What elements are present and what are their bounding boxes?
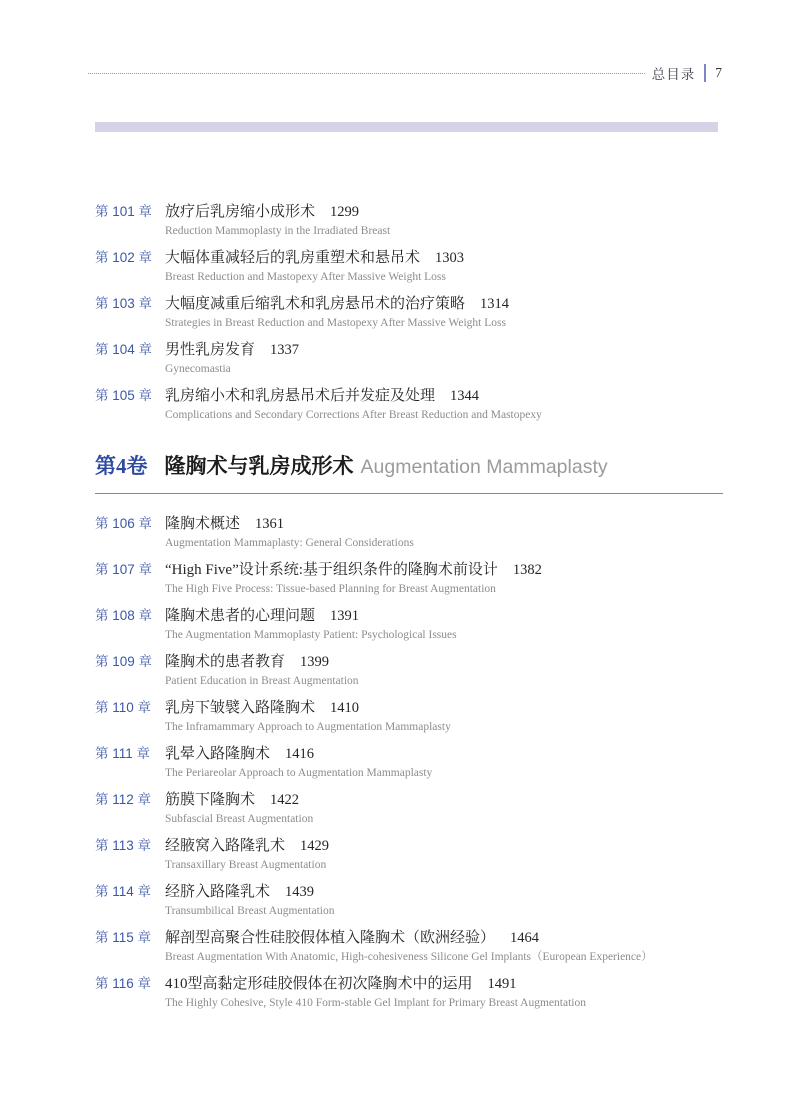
- chapter-label: 第 101 章: [95, 201, 165, 222]
- header-divider: [704, 64, 706, 82]
- toc-entry-main-row: 第 105 章 乳房缩小术和乳房悬吊术后并发症及处理 1344: [95, 385, 723, 407]
- chapter-title-en: The High Five Process: Tissue-based Plan…: [165, 581, 723, 597]
- toc-entry-main-row: 第 107 章 “High Five”设计系统:基于组织条件的隆胸术前设计 13…: [95, 559, 723, 581]
- chapter-label: 第 114 章: [95, 881, 165, 902]
- toc-entry-main-row: 第 104 章 男性乳房发育 1337: [95, 339, 723, 361]
- chapter-label: 第 113 章: [95, 835, 165, 856]
- volume-label: 第4卷: [95, 450, 148, 480]
- toc-entry: 第 104 章 男性乳房发育 1337 Gynecomastia: [95, 339, 723, 377]
- chapter-title-en: Transaxillary Breast Augmentation: [165, 857, 723, 873]
- chapter-page-number: 1429: [300, 836, 329, 857]
- chapter-page-number: 1314: [480, 294, 509, 315]
- chapter-title-zh: 大幅体重减轻后的乳房重塑术和悬吊术: [165, 248, 420, 269]
- chapter-page-number: 1464: [510, 928, 539, 949]
- chapter-label: 第 111 章: [95, 743, 165, 764]
- volume-title-en: Augmentation Mammaplasty: [361, 456, 608, 479]
- volume-title-zh: 隆胸术与乳房成形术: [165, 450, 354, 480]
- toc-entry: 第 106 章 隆胸术概述 1361 Augmentation Mammapla…: [95, 513, 723, 551]
- chapter-page-number: 1422: [270, 790, 299, 811]
- toc-entry: 第 105 章 乳房缩小术和乳房悬吊术后并发症及处理 1344 Complica…: [95, 385, 723, 423]
- chapter-page-number: 1391: [330, 606, 359, 627]
- toc: 第 101 章 放疗后乳房缩小成形术 1299 Reduction Mammop…: [95, 201, 723, 1019]
- toc-entry: 第 102 章 大幅体重减轻后的乳房重塑术和悬吊术 1303 Breast Re…: [95, 247, 723, 285]
- chapter-page-number: 1410: [330, 698, 359, 719]
- chapter-title-en: The Periareolar Approach to Augmentation…: [165, 765, 723, 781]
- chapter-title-zh: 410型高黏定形硅胶假体在初次隆胸术中的运用: [165, 974, 473, 995]
- dotted-rule: [88, 73, 645, 74]
- toc-entry-main-row: 第 108 章 隆胸术患者的心理问题 1391: [95, 605, 723, 627]
- chapter-page-number: 1337: [270, 340, 299, 361]
- volume-header: 第4卷 隆胸术与乳房成形术 Augmentation Mammaplasty: [95, 450, 723, 494]
- page-header: 总目录 7: [88, 61, 722, 85]
- chapter-title-en: Transumbilical Breast Augmentation: [165, 903, 723, 919]
- chapter-label: 第 110 章: [95, 697, 165, 718]
- chapter-title-zh: 乳晕入路隆胸术: [165, 744, 270, 765]
- toc-entry: 第 116 章 410型高黏定形硅胶假体在初次隆胸术中的运用 1491 The …: [95, 973, 723, 1011]
- toc-entry-main-row: 第 112 章 筋膜下隆胸术 1422: [95, 789, 723, 811]
- page-number: 7: [715, 65, 722, 81]
- toc-entry: 第 103 章 大幅度减重后缩乳术和乳房悬吊术的治疗策略 1314 Strate…: [95, 293, 723, 331]
- toc-entry: 第 101 章 放疗后乳房缩小成形术 1299 Reduction Mammop…: [95, 201, 723, 239]
- chapter-label: 第 109 章: [95, 651, 165, 672]
- chapter-page-number: 1399: [300, 652, 329, 673]
- chapter-title-en: Subfascial Breast Augmentation: [165, 811, 723, 827]
- chapter-title-zh: 放疗后乳房缩小成形术: [165, 202, 315, 223]
- chapter-title-en: Breast Augmentation With Anatomic, High-…: [165, 949, 723, 965]
- chapter-title-zh: 经腋窝入路隆乳术: [165, 836, 285, 857]
- toc-entry: 第 115 章 解剖型高聚合性硅胶假体植入隆胸术（欧洲经验） 1464 Brea…: [95, 927, 723, 965]
- chapter-title-zh: 男性乳房发育: [165, 340, 255, 361]
- chapter-label: 第 112 章: [95, 789, 165, 810]
- toc-entry-main-row: 第 115 章 解剖型高聚合性硅胶假体植入隆胸术（欧洲经验） 1464: [95, 927, 723, 949]
- chapter-title-zh: 乳房缩小术和乳房悬吊术后并发症及处理: [165, 386, 435, 407]
- chapter-page-number: 1361: [255, 514, 284, 535]
- toc-entry: 第 108 章 隆胸术患者的心理问题 1391 The Augmentation…: [95, 605, 723, 643]
- chapter-page-number: 1416: [285, 744, 314, 765]
- toc-entry-main-row: 第 102 章 大幅体重减轻后的乳房重塑术和悬吊术 1303: [95, 247, 723, 269]
- toc-entry-main-row: 第 109 章 隆胸术的患者教育 1399: [95, 651, 723, 673]
- chapter-label: 第 102 章: [95, 247, 165, 268]
- toc-entry-main-row: 第 110 章 乳房下皱襞入路隆胸术 1410: [95, 697, 723, 719]
- chapter-title-en: Reduction Mammoplasty in the Irradiated …: [165, 223, 723, 239]
- toc-entry-main-row: 第 106 章 隆胸术概述 1361: [95, 513, 723, 535]
- toc-entry-main-row: 第 101 章 放疗后乳房缩小成形术 1299: [95, 201, 723, 223]
- chapter-title-en: The Augmentation Mammoplasty Patient: Ps…: [165, 627, 723, 643]
- toc-entry: 第 110 章 乳房下皱襞入路隆胸术 1410 The Inframammary…: [95, 697, 723, 735]
- chapter-title-en: Patient Education in Breast Augmentation: [165, 673, 723, 689]
- toc-entry: 第 112 章 筋膜下隆胸术 1422 Subfascial Breast Au…: [95, 789, 723, 827]
- chapter-title-en: Complications and Secondary Corrections …: [165, 407, 723, 423]
- chapter-title-zh: 大幅度减重后缩乳术和乳房悬吊术的治疗策略: [165, 294, 465, 315]
- toc-entry: 第 113 章 经腋窝入路隆乳术 1429 Transaxillary Brea…: [95, 835, 723, 873]
- chapter-page-number: 1439: [285, 882, 314, 903]
- chapter-title-en: Strategies in Breast Reduction and Masto…: [165, 315, 723, 331]
- toc-entry-main-row: 第 114 章 经脐入路隆乳术 1439: [95, 881, 723, 903]
- chapter-label: 第 103 章: [95, 293, 165, 314]
- toc-entry: 第 107 章 “High Five”设计系统:基于组织条件的隆胸术前设计 13…: [95, 559, 723, 597]
- toc-entry: 第 114 章 经脐入路隆乳术 1439 Transumbilical Brea…: [95, 881, 723, 919]
- chapter-page-number: 1491: [488, 974, 517, 995]
- running-head-title: 总目录: [652, 63, 696, 83]
- toc-entry-main-row: 第 116 章 410型高黏定形硅胶假体在初次隆胸术中的运用 1491: [95, 973, 723, 995]
- chapter-title-zh: 解剖型高聚合性硅胶假体植入隆胸术（欧洲经验）: [165, 928, 495, 949]
- toc-entry: 第 111 章 乳晕入路隆胸术 1416 The Periareolar App…: [95, 743, 723, 781]
- chapter-title-en: The Inframammary Approach to Augmentatio…: [165, 719, 723, 735]
- chapter-title-zh: 隆胸术患者的心理问题: [165, 606, 315, 627]
- chapter-title-en: Gynecomastia: [165, 361, 723, 377]
- chapter-title-zh: 经脐入路隆乳术: [165, 882, 270, 903]
- chapter-label: 第 116 章: [95, 973, 165, 994]
- chapter-title-zh: 隆胸术概述: [165, 514, 240, 535]
- chapter-label: 第 107 章: [95, 559, 165, 580]
- top-accent-bar: [95, 122, 718, 132]
- chapter-label: 第 104 章: [95, 339, 165, 360]
- chapter-label: 第 115 章: [95, 927, 165, 948]
- chapter-title-zh: 乳房下皱襞入路隆胸术: [165, 698, 315, 719]
- chapter-label: 第 105 章: [95, 385, 165, 406]
- toc-entry: 第 109 章 隆胸术的患者教育 1399 Patient Education …: [95, 651, 723, 689]
- chapter-page-number: 1344: [450, 386, 479, 407]
- toc-entry-main-row: 第 111 章 乳晕入路隆胸术 1416: [95, 743, 723, 765]
- chapter-page-number: 1382: [513, 560, 542, 581]
- chapter-title-zh: “High Five”设计系统:基于组织条件的隆胸术前设计: [165, 560, 498, 581]
- chapter-page-number: 1303: [435, 248, 464, 269]
- chapter-title-zh: 筋膜下隆胸术: [165, 790, 255, 811]
- chapter-page-number: 1299: [330, 202, 359, 223]
- chapter-title-zh: 隆胸术的患者教育: [165, 652, 285, 673]
- chapter-label: 第 106 章: [95, 513, 165, 534]
- toc-entry-main-row: 第 103 章 大幅度减重后缩乳术和乳房悬吊术的治疗策略 1314: [95, 293, 723, 315]
- chapter-label: 第 108 章: [95, 605, 165, 626]
- chapter-title-en: Augmentation Mammaplasty: General Consid…: [165, 535, 723, 551]
- toc-entry-main-row: 第 113 章 经腋窝入路隆乳术 1429: [95, 835, 723, 857]
- chapter-title-en: The Highly Cohesive, Style 410 Form-stab…: [165, 995, 723, 1011]
- chapter-title-en: Breast Reduction and Mastopexy After Mas…: [165, 269, 723, 285]
